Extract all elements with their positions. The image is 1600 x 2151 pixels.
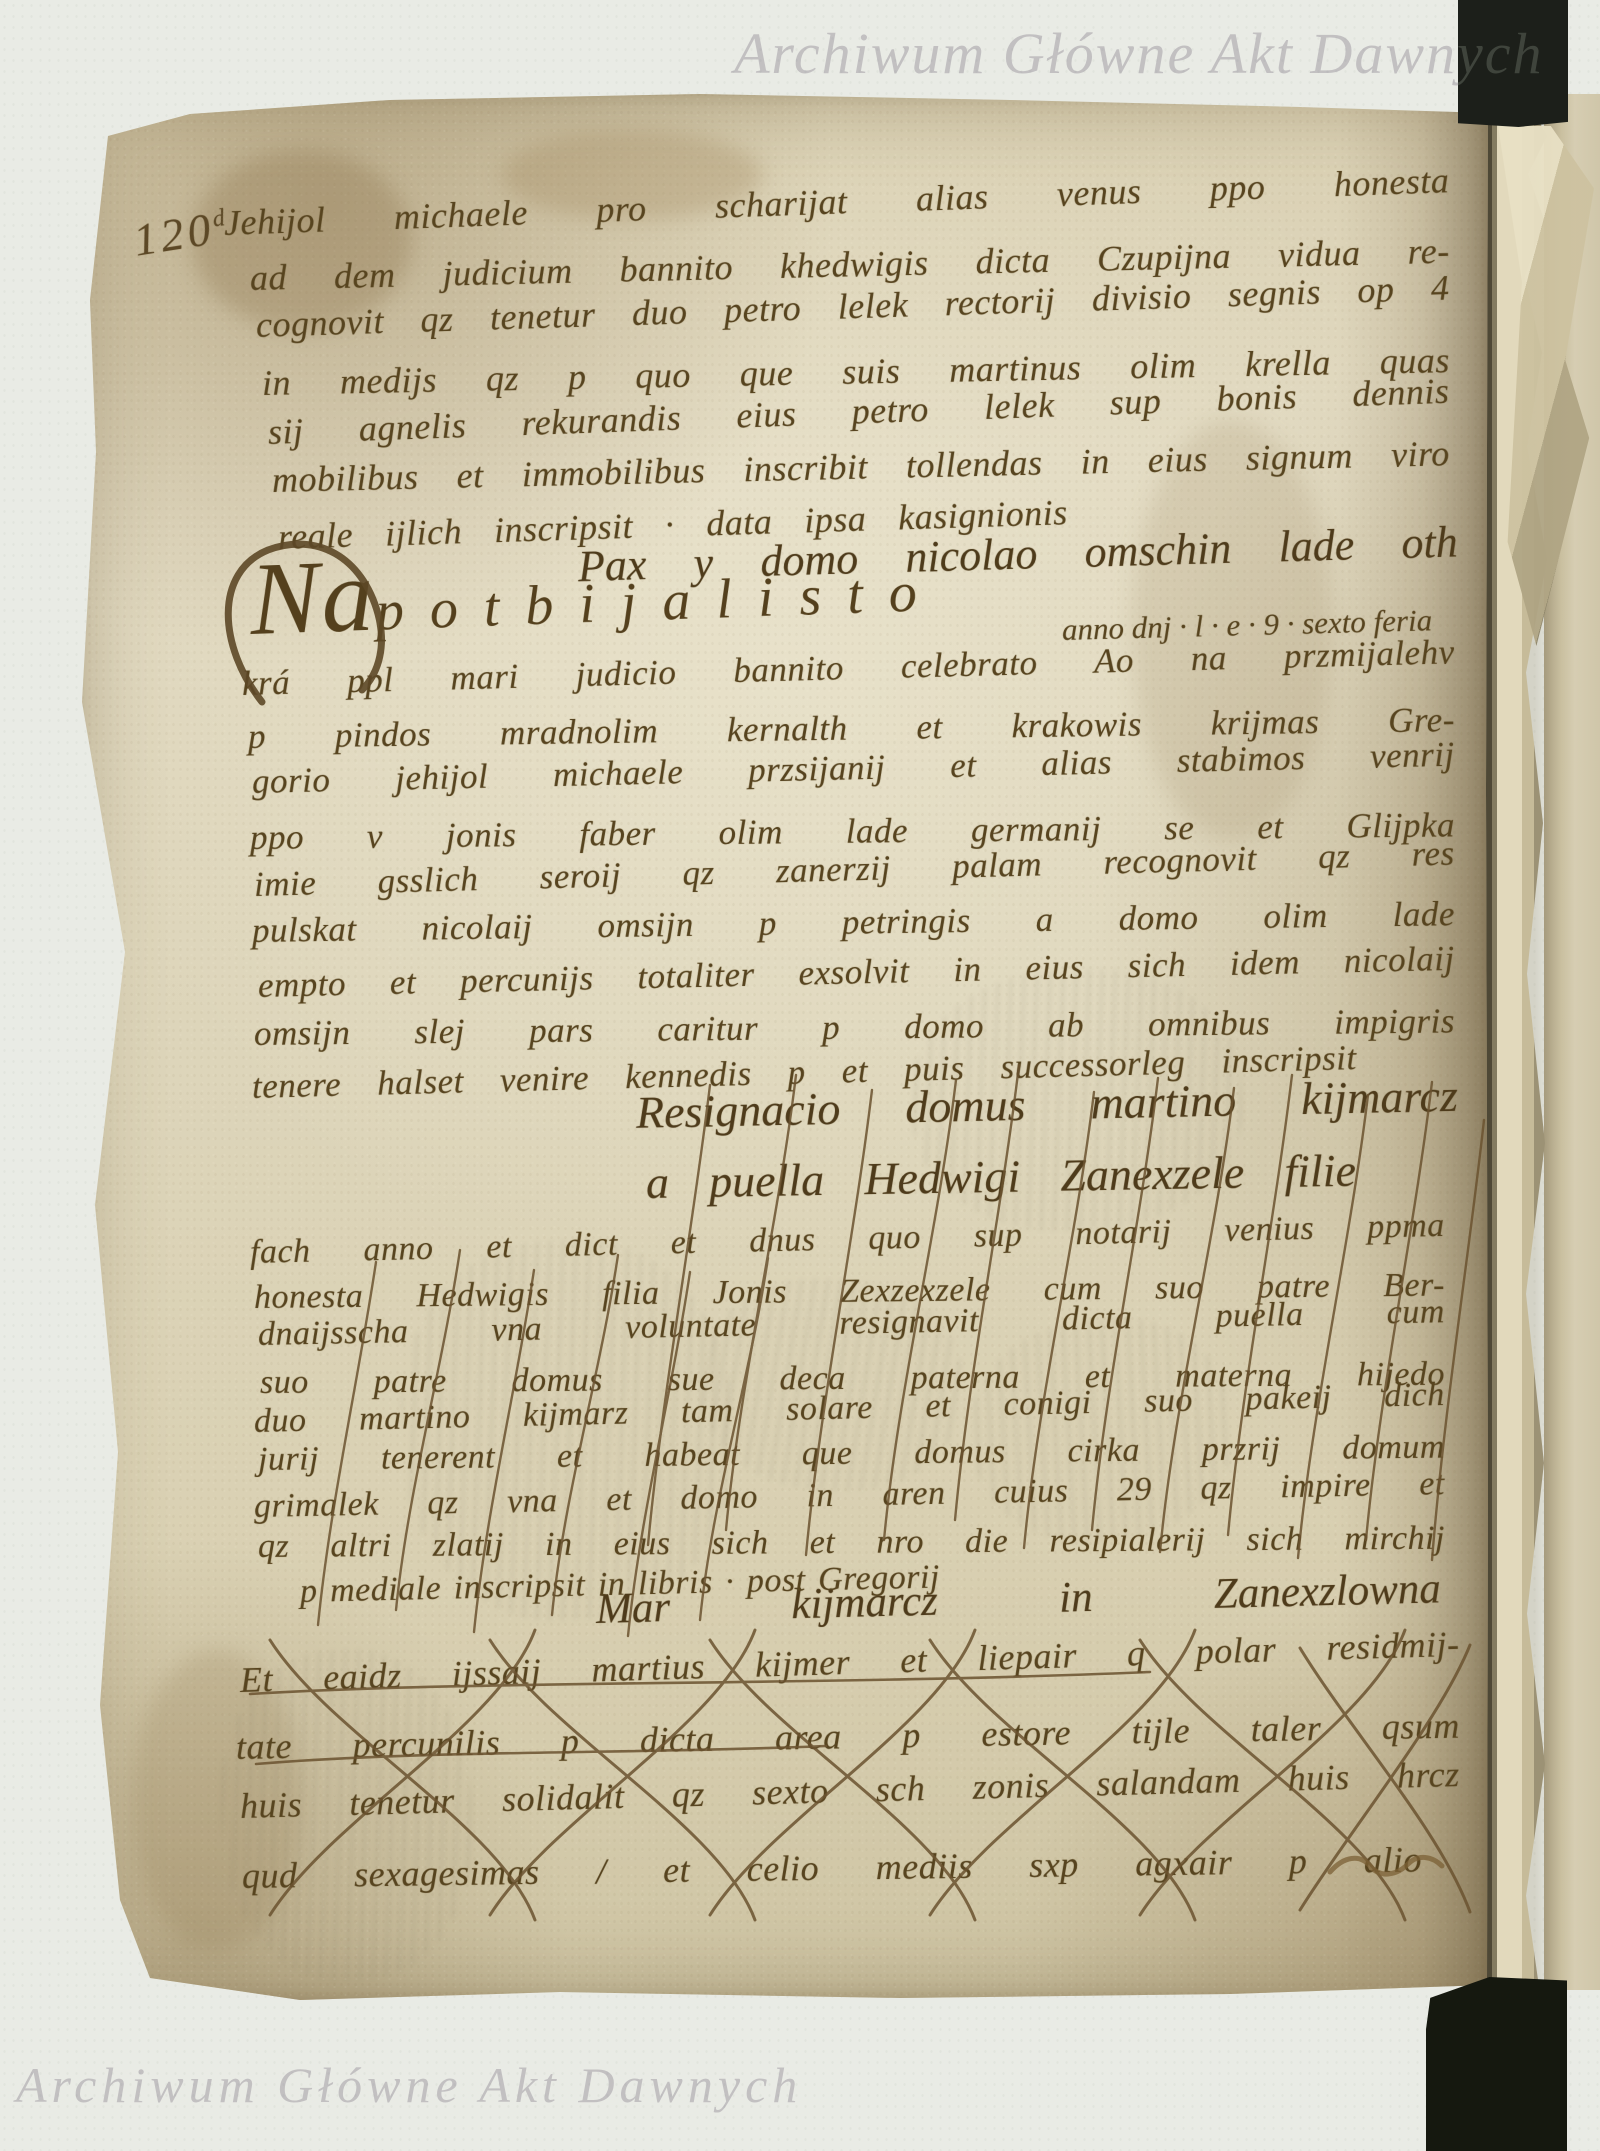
manuscript-line: qz altri zlatij in eius sich et nro die … [258, 1522, 1445, 1564]
entry-heading-resignacio-2: a puella Hedwigi Zanexzele filie [646, 1148, 1357, 1206]
archive-watermark-top: Archiwum Główne Akt Dawnych [734, 20, 1544, 87]
manuscript-line: qud sexagesimas / et celio mediis sxp ag… [242, 1842, 1422, 1894]
manuscript-line: empto et percunijs totaliter exsolvit in… [258, 941, 1455, 1003]
manuscript-line: pulskat nicolaij omsijn p petringis a do… [252, 896, 1455, 948]
manuscript-scan: 120d Pax y domo nicolao omschin lade oth… [0, 0, 1600, 2151]
manuscript-line: fach anno et dict et dnus quo sup notari… [250, 1209, 1445, 1270]
folio-number-text: 120 [130, 203, 218, 266]
folio-number: 120d [130, 200, 230, 267]
manuscript-line: Jehijol michaele pro scharijat alias ven… [223, 162, 1450, 241]
black-tab-bottom-right [1426, 1977, 1567, 2151]
manuscript-line: Et eaidz ijssaij martius kijmer et liepa… [239, 1626, 1460, 1698]
manuscript-line: tate percunilis p dicta area p estore ti… [236, 1708, 1460, 1765]
archive-watermark-bottom: Archiwum Główne Akt Dawnych [16, 2056, 802, 2114]
manuscript-line: huis tenetur solidalit qz sexto sch zoni… [240, 1756, 1461, 1824]
heading-rest: potbijalisto [375, 561, 944, 643]
handwriting-layer: 120d Pax y domo nicolao omschin lade oth… [0, 0, 1600, 2151]
